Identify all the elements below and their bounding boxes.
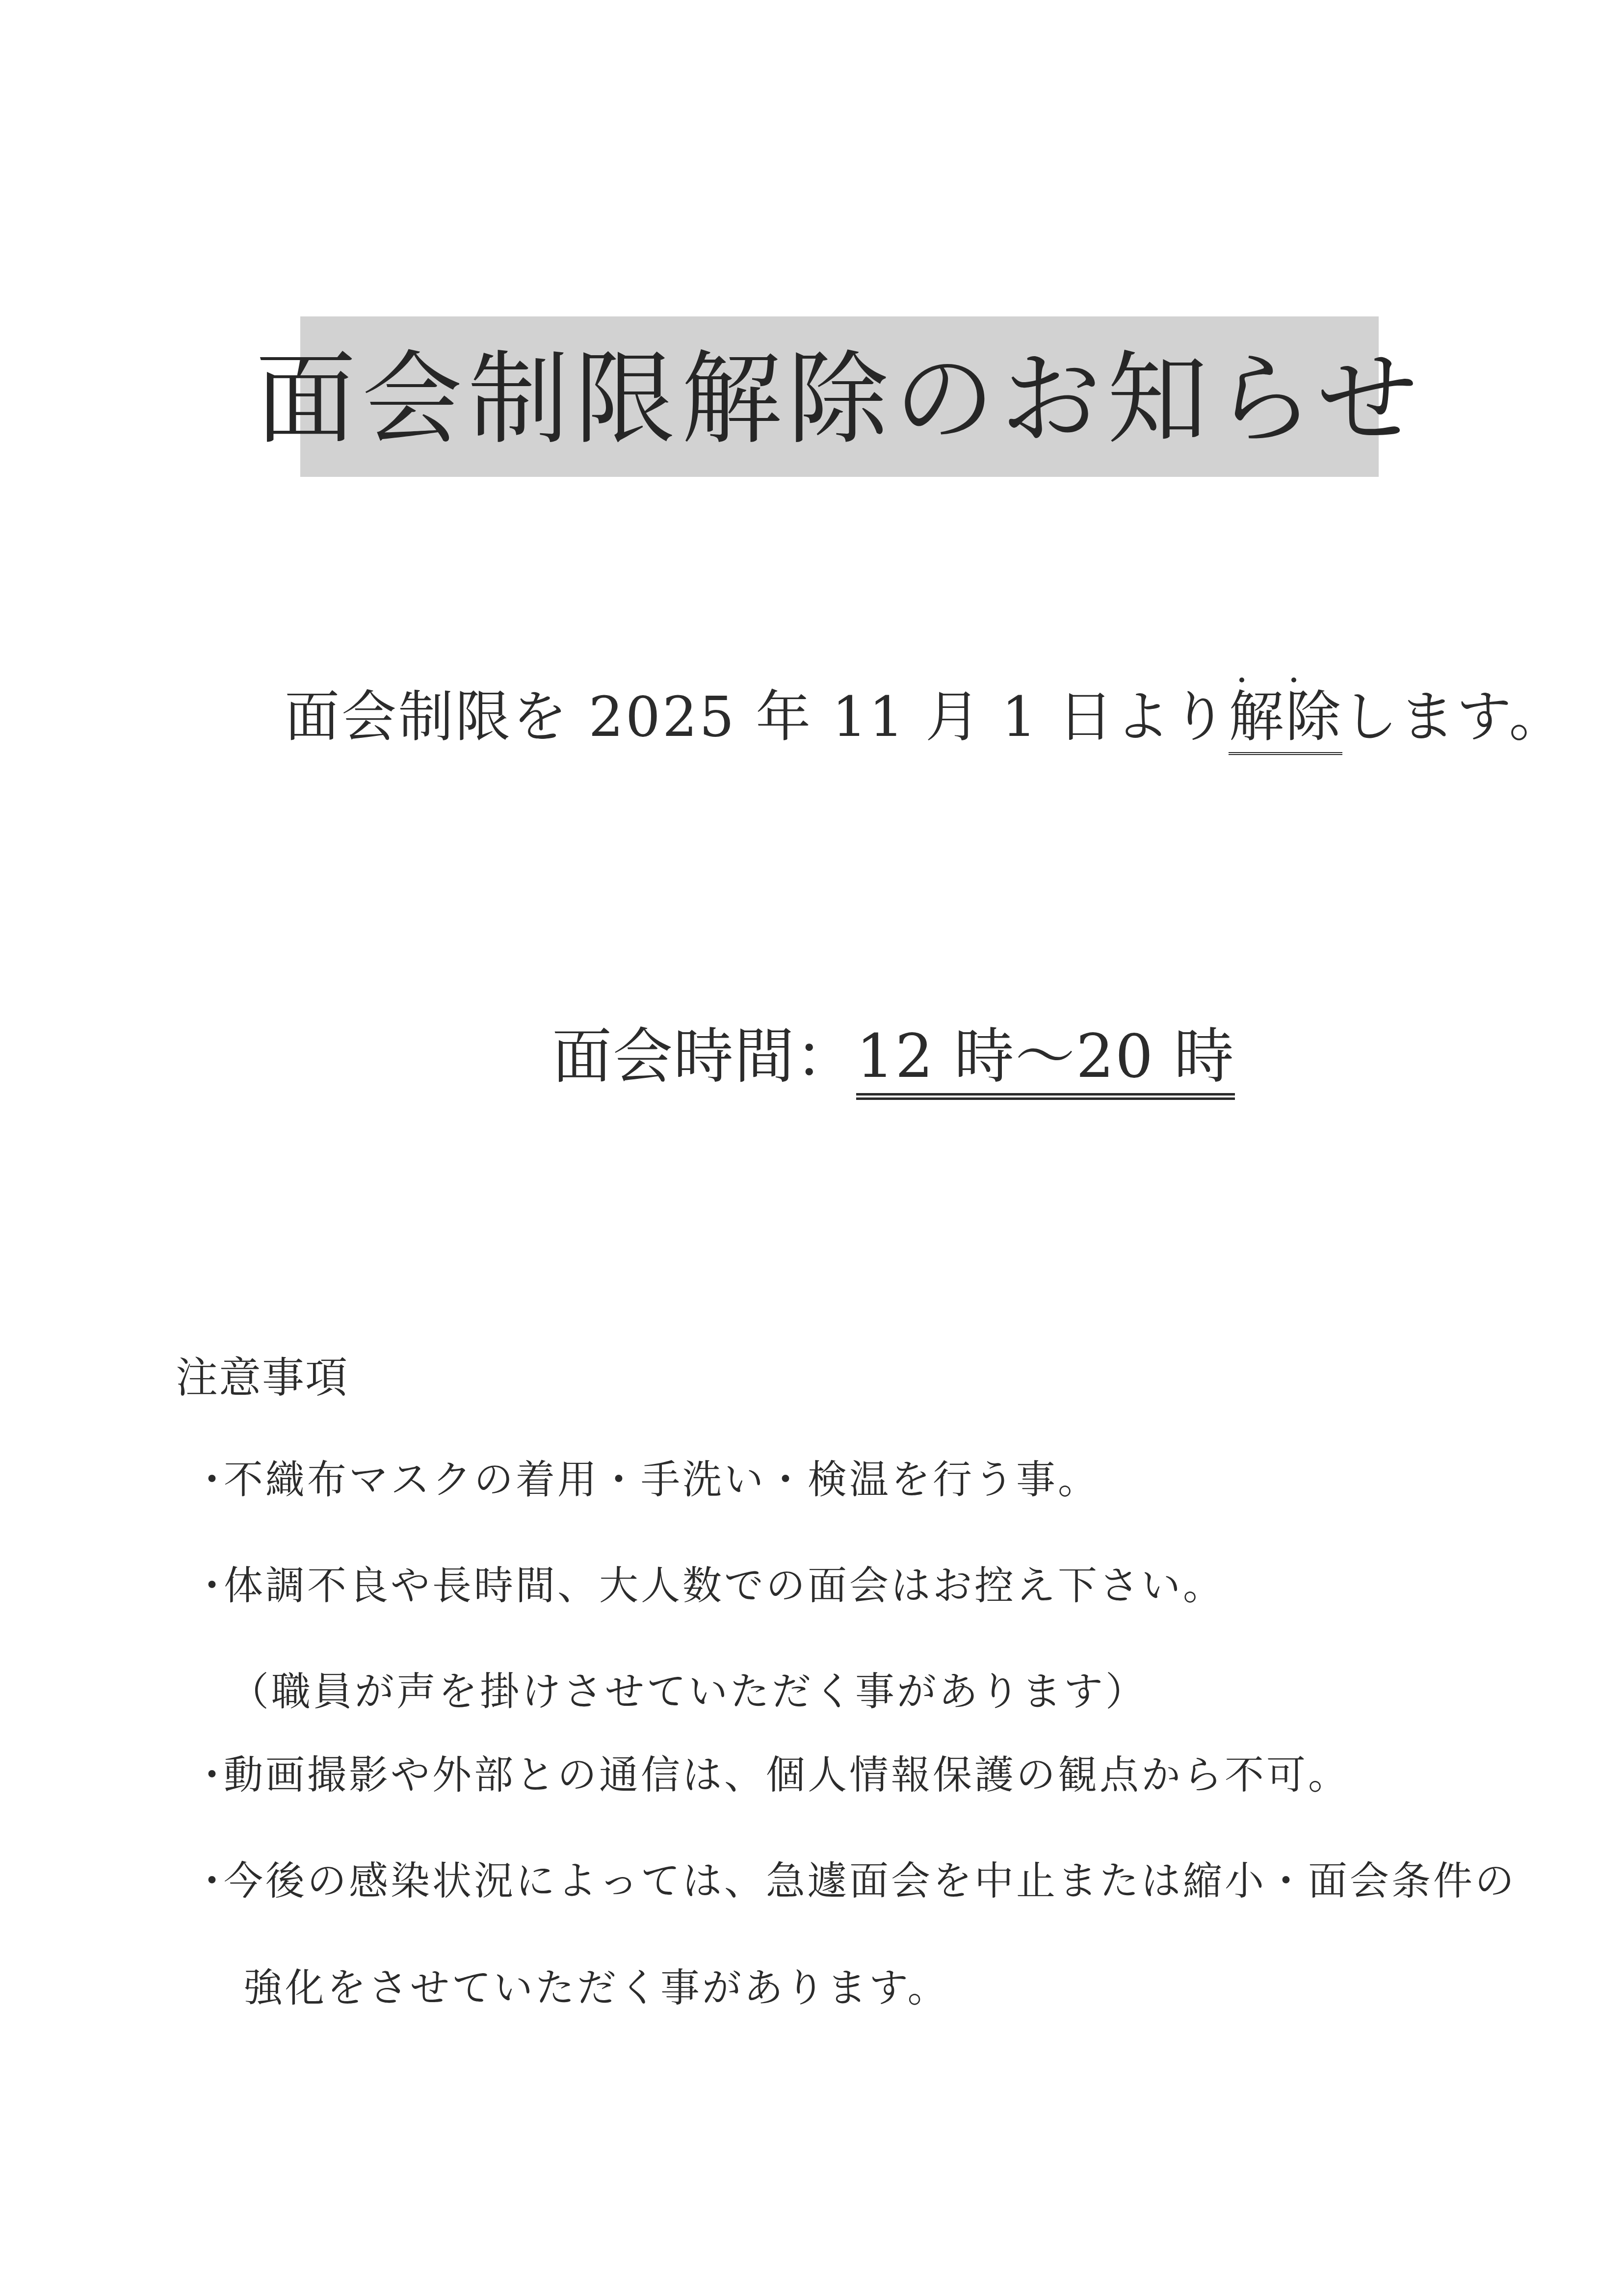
visiting-hours-line: 面会時間：12 時～20 時 — [552, 1020, 1235, 1100]
note-text: 強化をさせていただく事があります。 — [243, 1965, 949, 2010]
note-text: 体調不良や長時間、大人数での面会はお控え下さい。 — [224, 1563, 1225, 1608]
title-banner: 面会制限解除のお知らせ — [300, 316, 1379, 477]
emphasis-dot-icon — [1291, 678, 1296, 682]
note-item: ・動画撮影や外部との通信は、個人情報保護の観点から不可。 — [192, 1751, 1350, 1799]
bullet-icon: ・ — [192, 1857, 224, 1905]
note-item: ・体調不良や長時間、大人数での面会はお控え下さい。 — [192, 1562, 1225, 1609]
note-text: （職員が声を掛けさせていただく事があります） — [230, 1669, 1147, 1714]
document-title: 面会制限解除のお知らせ — [256, 349, 1424, 450]
emphasis-release: 解除 — [1229, 684, 1342, 755]
note-item-continuation: （職員が声を掛けさせていただく事があります） — [230, 1668, 1147, 1715]
visiting-hours-label: 面会時間： — [552, 1021, 856, 1091]
announcement-line: 面会制限を 2025 年 11 月 1 日より解除します。 — [285, 684, 1566, 755]
note-item: ・今後の感染状況によっては、急遽面会を中止または縮小・面会条件の — [192, 1857, 1517, 1905]
announcement-text: 面会制限を 2025 年 11 月 1 日より — [285, 685, 1229, 749]
notes-heading: 注意事項 — [176, 1353, 348, 1404]
note-text: 不織布マスクの着用・手洗い・検温を行う事。 — [224, 1457, 1100, 1502]
note-item-continuation: 強化をさせていただく事があります。 — [243, 1964, 949, 2011]
note-text: 今後の感染状況によっては、急遽面会を中止または縮小・面会条件の — [224, 1858, 1517, 1904]
note-text: 動画撮影や外部との通信は、個人情報保護の観点から不可。 — [224, 1752, 1350, 1798]
bullet-icon: ・ — [192, 1751, 224, 1799]
emphasis-text: 解除 — [1229, 685, 1342, 749]
note-item: ・不織布マスクの着用・手洗い・検温を行う事。 — [192, 1456, 1100, 1503]
bullet-icon: ・ — [192, 1562, 224, 1609]
visiting-hours-value: 12 時～20 時 — [856, 1020, 1235, 1100]
announcement-suffix: します。 — [1342, 685, 1566, 749]
emphasis-dot-icon — [1239, 678, 1244, 682]
bullet-icon: ・ — [192, 1456, 224, 1503]
